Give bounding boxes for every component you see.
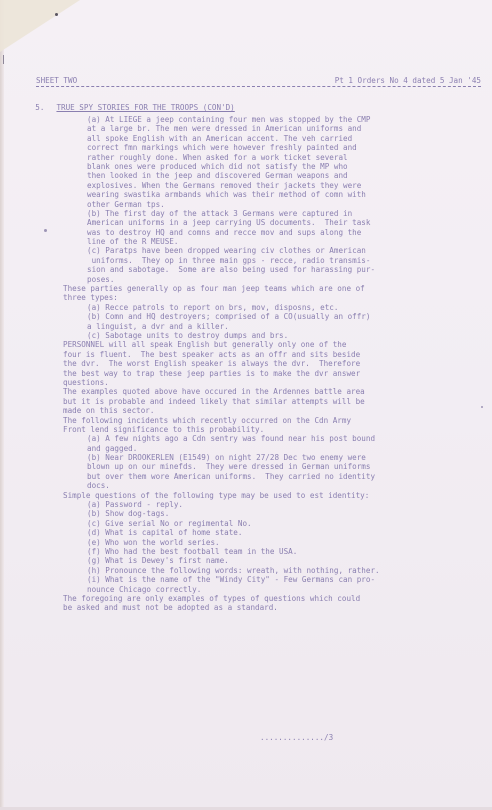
text-line: poses. xyxy=(63,275,483,284)
document-page: SHEET TWO Pt 1 Orders No 4 dated 5 Jan '… xyxy=(0,0,492,810)
text-line: be asked and must not be adopted as a st… xyxy=(63,603,483,612)
continuation-marker: ............../3 xyxy=(260,733,333,742)
text-line: Front lend significance to this probabil… xyxy=(63,425,483,434)
text-line: explosives. When the Germans removed the… xyxy=(63,181,483,190)
text-line: (b) The first day of the attack 3 German… xyxy=(63,209,483,218)
text-line: (f) Who had the best football team in th… xyxy=(63,547,483,556)
text-line: The following incidents which recently o… xyxy=(63,416,483,425)
text-line: but over them wore American uniforms. Th… xyxy=(63,472,483,481)
text-line: sion and sabotage. Some are also being u… xyxy=(63,265,483,274)
text-line: (c) Give serial No or regimental No. xyxy=(63,519,483,528)
orders-reference: Pt 1 Orders No 4 dated 5 Jan '45 xyxy=(335,76,481,85)
text-line: was to destroy HQ and comns and recce mo… xyxy=(63,228,483,237)
text-line: (c) Paratps have been dropped wearing ci… xyxy=(63,246,483,255)
text-line: (b) Near DROOKERLEN (E1549) on night 27/… xyxy=(63,453,483,462)
text-line: then looked in the jeep and discovered G… xyxy=(63,171,483,180)
text-line: docs. xyxy=(63,481,483,490)
text-line: the best way to trap these jeep parties … xyxy=(63,369,483,378)
text-line: (a) Recce patrols to report on brs, mov,… xyxy=(63,303,483,312)
margin-mark xyxy=(3,55,4,64)
text-line: PERSONNEL will all speak English but gen… xyxy=(63,340,483,349)
text-line: correct fmn markings which were however … xyxy=(63,143,483,152)
text-line: American uniforms in a jeep carrying US … xyxy=(63,218,483,227)
text-line: questions. xyxy=(63,378,483,387)
text-line: (c) Sabotage units to destroy dumps and … xyxy=(63,331,483,340)
text-line: The examples quoted above have occured i… xyxy=(63,387,483,396)
text-line: (a) Password - reply. xyxy=(63,500,483,509)
text-line: (b) Show dog-tags. xyxy=(63,509,483,518)
text-line: rather roughly done. When asked for a wo… xyxy=(63,153,483,162)
text-line: uniforms. They op in three main gps - re… xyxy=(63,256,483,265)
sheet-label: SHEET TWO xyxy=(36,76,77,85)
page-left-edge xyxy=(0,0,4,810)
text-line: four is fluent. The best speaker acts as… xyxy=(63,350,483,359)
text-line: made on this sector. xyxy=(63,406,483,415)
text-line: line of the R MEUSE. xyxy=(63,237,483,246)
text-line: wearing swastika armbands which was thei… xyxy=(63,190,483,199)
text-line: (b) Comn and HQ destroyers; comprised of… xyxy=(63,312,483,321)
section-number: 5. xyxy=(35,103,44,112)
text-line: other German tps. xyxy=(63,200,483,209)
text-line: (g) What is Dewey's first name. xyxy=(63,556,483,565)
text-line: but it is probable and indeed likely tha… xyxy=(63,397,483,406)
text-line: (h) Pronounce the following words: wreat… xyxy=(63,566,483,575)
document-header: SHEET TWO Pt 1 Orders No 4 dated 5 Jan '… xyxy=(36,76,481,87)
text-line: all spoke English with an American accen… xyxy=(63,134,483,143)
text-line: the dvr. The worst English speaker is al… xyxy=(63,359,483,368)
text-line: a linguist, a dvr and a killer. xyxy=(63,322,483,331)
text-line: blank ones were produced which did not s… xyxy=(63,162,483,171)
text-line: (e) Who won the world series. xyxy=(63,538,483,547)
text-line: at a large br. The men were dressed in A… xyxy=(63,124,483,133)
document-body: (a) At LIEGE a jeep containing four men … xyxy=(63,115,483,613)
text-line: These parties generally op as four man j… xyxy=(63,284,483,293)
text-line: (d) What is capital of home state. xyxy=(63,528,483,537)
text-line: blown up on our minefds. They were dress… xyxy=(63,462,483,471)
ink-spot xyxy=(44,229,47,232)
staple-hole xyxy=(55,13,58,16)
text-line: Simple questions of the following type m… xyxy=(63,491,483,500)
text-line: three types: xyxy=(63,293,483,302)
text-line: (a) At LIEGE a jeep containing four men … xyxy=(63,115,483,124)
text-line: and gagged. xyxy=(63,444,483,453)
text-line: nounce Chicago correctly. xyxy=(63,585,483,594)
text-line: (i) What is the name of the "Windy City"… xyxy=(63,575,483,584)
folded-corner xyxy=(0,0,80,52)
text-line: The foregoing are only examples of types… xyxy=(63,594,483,603)
section-title: TRUE SPY STORIES FOR THE TROOPS (CON'D) xyxy=(56,103,234,112)
ink-spot xyxy=(481,406,483,408)
text-line: (a) A few nights ago a Cdn sentry was fo… xyxy=(63,434,483,443)
